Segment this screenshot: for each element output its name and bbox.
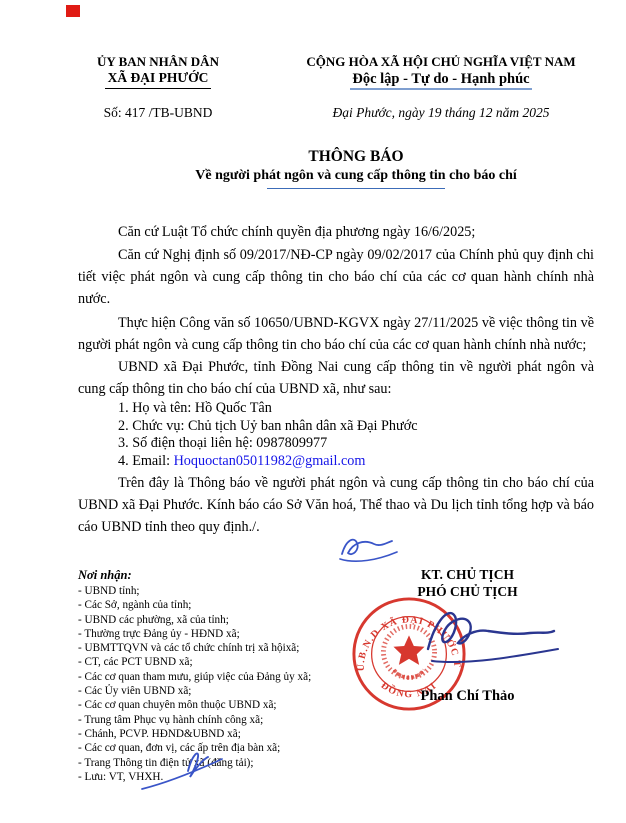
commune-name: XÃ ĐẠI PHƯỚC xyxy=(105,70,212,89)
recipient-line: - UBND tỉnh; xyxy=(78,584,311,598)
list-item-email: 4. Email: Hoquoctan05011982@gmail.com xyxy=(78,453,594,471)
national-header-block: CỘNG HÒA XÃ HỘI CHỦ NGHĨA VIỆT NAM Độc l… xyxy=(289,54,593,90)
document-subject-title: Về người phát ngôn và cung cấp thông tin… xyxy=(98,168,614,184)
national-title: CỘNG HÒA XÃ HỘI CHỦ NGHĨA VIỆT NAM xyxy=(289,54,593,70)
recipient-line: - Các cơ quan chuyên môn thuộc UBND xã; xyxy=(78,698,311,712)
signer-name: Phan Chí Thảo xyxy=(385,688,550,705)
document-page: ỦY BAN NHÂN DÂN XÃ ĐẠI PHƯỚC Số: 417 /TB… xyxy=(0,0,626,823)
list-item-position: 2. Chức vụ: Chủ tịch Uỷ ban nhân dân xã … xyxy=(78,418,594,436)
recipient-line: - Các Ủy viên UBND xã; xyxy=(78,684,311,698)
paragraph: Căn cứ Luật Tổ chức chính quyền địa phươ… xyxy=(78,221,594,243)
recipient-line: - CT, các PCT UBND xã; xyxy=(78,655,311,669)
list-item-name: 1. Họ và tên: Hồ Quốc Tân xyxy=(78,400,594,418)
title-underline xyxy=(267,188,445,189)
list-item-phone: 3. Số điện thoại liên hệ: 0987809977 xyxy=(78,435,594,453)
recipient-line: - UBND các phường, xã của tỉnh; xyxy=(78,613,311,627)
recipient-line: - Các Sở, ngành của tỉnh; xyxy=(78,598,311,612)
paragraph: UBND xã Đại Phước, tỉnh Đồng Nai cung cấ… xyxy=(78,356,594,400)
recipients-label: Nơi nhận: xyxy=(78,568,132,583)
title-block: THÔNG BÁO Về người phát ngôn và cung cấp… xyxy=(98,148,614,189)
issuer-name: ỦY BAN NHÂN DÂN xyxy=(56,54,260,70)
issuer-block: ỦY BAN NHÂN DÂN XÃ ĐẠI PHƯỚC xyxy=(56,54,260,89)
recipient-line: - Thường trực Đảng ủy - HĐND xã; xyxy=(78,627,311,641)
recipient-line: - Các cơ quan tham mưu, giúp việc của Đả… xyxy=(78,670,311,684)
document-body: Căn cứ Luật Tổ chức chính quyền địa phươ… xyxy=(78,221,594,538)
national-motto: Độc lập - Tự do - Hạnh phúc xyxy=(350,71,531,90)
initial-signature-scribble xyxy=(336,532,400,566)
email-label: 4. Email: xyxy=(118,453,174,469)
document-number: Số: 417 /TB-UBND xyxy=(56,105,260,121)
closing-paragraph: Trên đây là Thông báo về người phát ngôn… xyxy=(78,472,594,538)
document-type-title: THÔNG BÁO xyxy=(98,148,614,166)
paragraph: Thực hiện Công văn số 10650/UBND-KGVX ng… xyxy=(78,312,594,356)
paragraph: Căn cứ Nghị định số 09/2017/NĐ-CP ngày 0… xyxy=(78,244,594,310)
red-square-marker xyxy=(66,5,80,17)
recipient-line: - Trung tâm Phục vụ hành chính công xã; xyxy=(78,713,311,727)
handwritten-signature xyxy=(418,597,568,682)
recipient-line: - Chánh, PCVP. HĐND&UBND xã; xyxy=(78,727,311,741)
email-link[interactable]: Hoquoctan05011982@gmail.com xyxy=(174,453,366,469)
kt-title: KT. CHỦ TỊCH xyxy=(385,566,550,583)
clerk-initial-scribble xyxy=(136,745,226,795)
recipient-line: - UBMTTQVN và các tổ chức chính trị xã h… xyxy=(78,641,311,655)
place-and-date: Đại Phước, ngày 19 tháng 12 năm 2025 xyxy=(289,105,593,121)
